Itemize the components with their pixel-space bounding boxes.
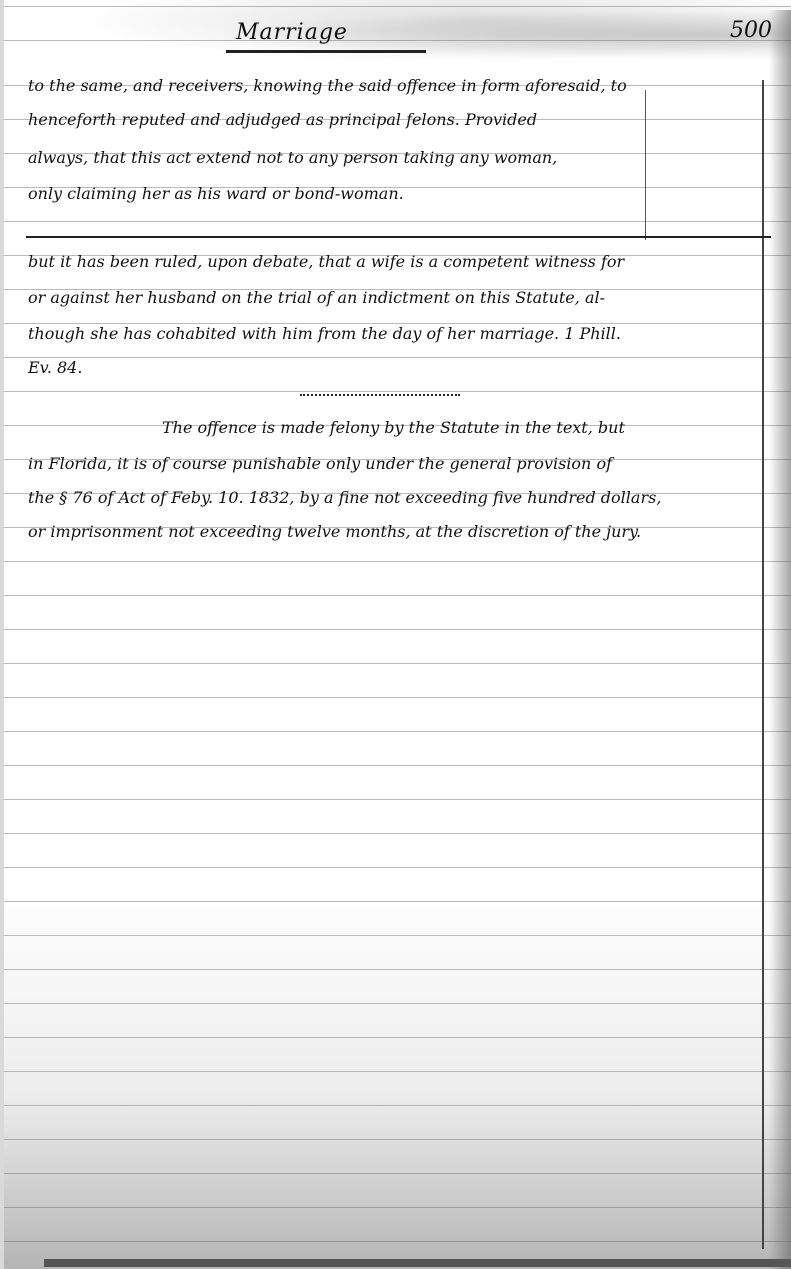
text-line: always, that this act extend not to any … (28, 148, 557, 167)
text-line: the § 76 of Act of Feby. 10. 1832, by a … (28, 488, 661, 507)
page-bottom-edge (44, 1259, 791, 1267)
text-line: Ev. 84. (28, 358, 82, 377)
text-line: henceforth reputed and adjudged as princ… (28, 110, 537, 129)
page-right-edge (769, 10, 791, 1269)
heading-underline (226, 50, 426, 53)
flourish-divider (300, 394, 460, 400)
right-margin-rule (762, 80, 764, 1249)
text-line: in Florida, it is of course punishable o… (28, 454, 612, 473)
scan-noise-top (4, 0, 791, 70)
text-line: but it has been ruled, upon debate, that… (28, 252, 624, 271)
scan-noise-bottom (4, 889, 791, 1269)
text-line: to the same, and receivers, knowing the … (28, 76, 627, 95)
page-heading: Marriage (236, 20, 348, 45)
text-line: though she has cohabited with him from t… (28, 324, 621, 343)
text-line: or imprisonment not exceeding twelve mon… (28, 522, 641, 541)
manuscript-page: Marriage 500 to the same, and receivers,… (4, 0, 791, 1269)
text-line: or against her husband on the trial of a… (28, 288, 605, 307)
page-number: 500 (730, 18, 772, 43)
text-line: The offence is made felony by the Statut… (162, 418, 625, 437)
text-line: only claiming her as his ward or bond-wo… (28, 184, 404, 203)
inner-margin-rule (645, 90, 646, 240)
section-divider (26, 236, 771, 238)
